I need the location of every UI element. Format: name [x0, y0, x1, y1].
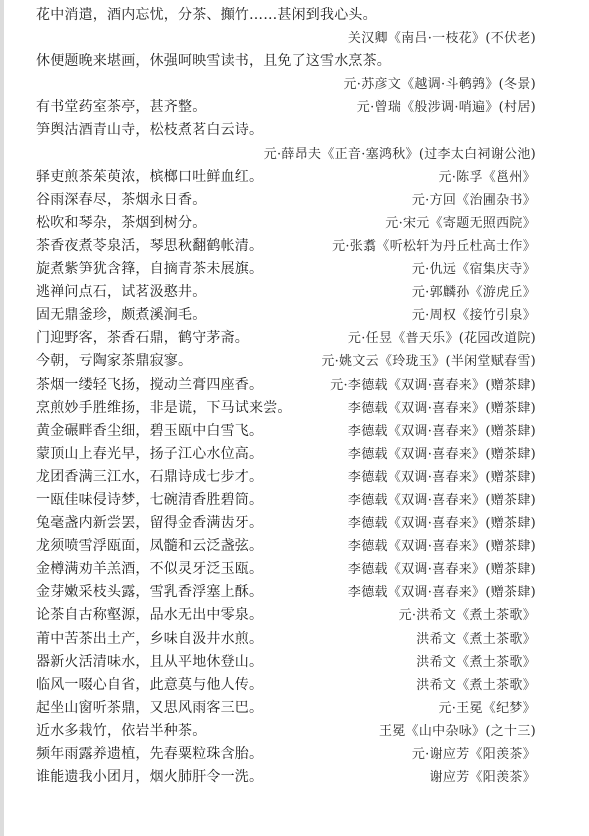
verse-text: 松吹和琴杂，茶烟到树分。 [36, 212, 206, 235]
source-citation: 李德载《双调·喜春来》(赠茶肆) [348, 512, 536, 535]
source-citation: 洪希文《煮土茶歌》 [416, 628, 536, 651]
source-citation: 关汉卿《南吕·一枝花》(不伏老) [348, 27, 536, 50]
text-line: 谁能遗我小团月，烟火肺肝令一洗。谢应芳《阳羡茶》 [36, 766, 536, 789]
verse-text: 兔毫盏内新尝罢，留得金香满齿牙。 [36, 512, 263, 535]
text-line: 驿吏煎茶茱萸浓，槟榔口吐鲜血红。元·陈孚《邕州》 [36, 166, 536, 189]
text-line: 休便题晚来堪画，休强呵映雪读书，且免了这雪水烹茶。 [36, 50, 536, 73]
text-line: 频年雨露养遗植，先春粟粒珠含胎。元·谢应芳《阳羡茶》 [36, 743, 536, 766]
verse-text: 一瓯佳味侵诗梦，七碗清香胜碧筒。 [36, 489, 263, 512]
source-citation: 洪希文《煮土茶歌》 [416, 651, 536, 674]
verse-text: 莆中苦茶出土产，乡味自汲井水煎。 [36, 628, 263, 651]
source-citation: 李德载《双调·喜春来》(赠茶肆) [348, 397, 536, 420]
source-citation: 李德载《双调·喜春来》(赠茶肆) [348, 581, 536, 604]
verse-text: 频年雨露养遗植，先春粟粒珠含胎。 [36, 743, 263, 766]
verse-text: 今朝，亏陶家茶鼎寂寥。 [36, 350, 192, 373]
verse-text: 茶香夜煮苓泉活，琴思秋翻鹤帐清。 [36, 235, 263, 258]
text-line: 固无鼎釜珍，颇煮溪涧毛。元·周权《接竹引泉》 [36, 304, 536, 327]
text-line: 一瓯佳味侵诗梦，七碗清香胜碧筒。李德载《双调·喜春来》(赠茶肆) [36, 489, 536, 512]
source-citation: 李德载《双调·喜春来》(赠茶肆) [348, 466, 536, 489]
verse-text: 笋舆沽酒青山寺，松枝煮茗白云诗。 [36, 119, 263, 142]
source-citation: 李德载《双调·喜春来》(赠茶肆) [348, 535, 536, 558]
text-line: 蒙顶山上春光早，扬子江心水位高。李德载《双调·喜春来》(赠茶肆) [36, 443, 536, 466]
book-page: 花中消遣，酒内忘忧，分茶、攧竹……甚闲到我心头。 关汉卿《南吕·一枝花》(不伏老… [36, 4, 536, 789]
source-citation: 元·王冕《纪梦》 [438, 697, 536, 720]
source-citation: 元·苏彦文《越调·斗鹌鹑》(冬景) [343, 73, 536, 96]
source-citation: 洪希文《煮土茶歌》 [416, 674, 536, 697]
text-line: 器新火活清味水，且从平地休登山。洪希文《煮土茶歌》 [36, 651, 536, 674]
verse-text: 逃禅问点石，试茗汲憨井。 [36, 281, 206, 304]
text-line: 起坐山窗听茶鼎，又思风雨客三巴。元·王冕《纪梦》 [36, 697, 536, 720]
verse-text: 金樽满劝羊羔酒，不似灵牙泛玉瓯。 [36, 558, 263, 581]
source-citation: 李德载《双调·喜春来》(赠茶肆) [348, 443, 536, 466]
verse-text: 论茶自古称壑源，品水无出中零泉。 [36, 604, 263, 627]
verse-text: 驿吏煎茶茱萸浓，槟榔口吐鲜血红。 [36, 166, 263, 189]
source-citation: 元·谢应芳《阳羡茶》 [412, 743, 536, 766]
verse-text: 金芽嫩采枝头露，雪乳香浮塞上酥。 [36, 581, 263, 604]
text-line: 近水多栽竹，依岩半种茶。王冕《山中杂咏》(之十三) [36, 720, 536, 743]
text-line: 临风一啜心自省，此意莫与他人传。洪希文《煮土茶歌》 [36, 674, 536, 697]
verse-text: 固无鼎釜珍，颇煮溪涧毛。 [36, 304, 206, 327]
source-citation: 李德载《双调·喜春来》(赠茶肆) [348, 420, 536, 443]
verse-text: 旋煮紫笋犹含箨，自摘青茶未展旗。 [36, 258, 263, 281]
verse-text: 有书堂药室茶亭，甚齐整。 [36, 96, 206, 119]
text-line: 花中消遣，酒内忘忧，分茶、攧竹……甚闲到我心头。 [36, 4, 536, 27]
source-citation: 元·仇远《宿集庆寺》 [412, 258, 536, 281]
verse-text: 蒙顶山上春光早，扬子江心水位高。 [36, 443, 263, 466]
text-line: 金芽嫩采枝头露，雪乳香浮塞上酥。李德载《双调·喜春来》(赠茶肆) [36, 581, 536, 604]
verse-text: 黄金碾畔香尘细，碧玉瓯中白雪飞。 [36, 420, 263, 443]
verse-text: 器新火活清味水，且从平地休登山。 [36, 651, 263, 674]
text-line: 元·薛昂夫《正音·塞鸿秋》(过李太白祠谢公池) [36, 143, 536, 166]
source-citation: 王冕《山中杂咏》(之十三) [379, 720, 536, 743]
source-citation: 元·任昱《普天乐》(花园改道院) [348, 327, 536, 350]
text-line: 逃禅问点石，试茗汲憨井。元·郭麟孙《游虎丘》 [36, 281, 536, 304]
verse-text: 临风一啜心自省，此意莫与他人传。 [36, 674, 263, 697]
verse-text: 休便题晚来堪画，休强呵映雪读书，且免了这雪水烹茶。 [36, 50, 391, 73]
text-line: 茶烟一缕轻飞扬，搅动兰膏四座香。元·李德载《双调·喜春来》(赠茶肆) [36, 374, 536, 397]
source-citation: 元·周权《接竹引泉》 [412, 304, 536, 327]
source-citation: 元·方回《治圃杂书》 [412, 189, 536, 212]
text-line: 黄金碾畔香尘细，碧玉瓯中白雪飞。李德载《双调·喜春来》(赠茶肆) [36, 420, 536, 443]
text-line: 旋煮紫笋犹含箨，自摘青茶未展旗。元·仇远《宿集庆寺》 [36, 258, 536, 281]
verse-text: 龙团香满三江水，石鼎诗成七步才。 [36, 466, 263, 489]
text-line: 笋舆沽酒青山寺，松枝煮茗白云诗。 [36, 119, 536, 142]
verse-text: 烹煎妙手胜维扬，非是谎，下马试来尝。 [36, 397, 292, 420]
text-line: 关汉卿《南吕·一枝花》(不伏老) [36, 27, 536, 50]
text-line: 今朝，亏陶家茶鼎寂寥。元·姚文云《玲珑玉》(半闲堂赋春雪) [36, 350, 536, 373]
verse-text: 花中消遣，酒内忘忧，分茶、攧竹……甚闲到我心头。 [36, 4, 377, 27]
text-line: 莆中苦茶出土产，乡味自汲井水煎。洪希文《煮土茶歌》 [36, 628, 536, 651]
verse-text: 门迎野客，茶香石鼎，鹤守茅斋。 [36, 327, 249, 350]
verse-text: 龙须喷雪浮瓯面，凤髓和云泛盏弦。 [36, 535, 263, 558]
text-line: 龙须喷雪浮瓯面，凤髓和云泛盏弦。李德载《双调·喜春来》(赠茶肆) [36, 535, 536, 558]
text-line: 烹煎妙手胜维扬，非是谎，下马试来尝。李德载《双调·喜春来》(赠茶肆) [36, 397, 536, 420]
source-citation: 元·宋元《寄题无照西院》 [385, 212, 536, 235]
source-citation: 元·李德载《双调·喜春来》(赠茶肆) [330, 374, 536, 397]
verse-text: 近水多栽竹，依岩半种茶。 [36, 720, 206, 743]
source-citation: 元·薛昂夫《正音·塞鸿秋》(过李太白祠谢公池) [264, 143, 536, 166]
text-line: 门迎野客，茶香石鼎，鹤守茅斋。元·任昱《普天乐》(花园改道院) [36, 327, 536, 350]
source-citation: 李德载《双调·喜春来》(赠茶肆) [348, 489, 536, 512]
verse-text: 茶烟一缕轻飞扬，搅动兰膏四座香。 [36, 374, 263, 397]
text-line: 兔毫盏内新尝罢，留得金香满齿牙。李德载《双调·喜春来》(赠茶肆) [36, 512, 536, 535]
text-line: 金樽满劝羊羔酒，不似灵牙泛玉瓯。李德载《双调·喜春来》(赠茶肆) [36, 558, 536, 581]
text-line: 元·苏彦文《越调·斗鹌鹑》(冬景) [36, 73, 536, 96]
text-line: 谷雨深春尽，茶烟永日香。元·方回《治圃杂书》 [36, 189, 536, 212]
verse-text: 谁能遗我小团月，烟火肺肝令一洗。 [36, 766, 263, 789]
text-line: 有书堂药室茶亭，甚齐整。元·曾瑞《般涉调·哨遍》(村居) [36, 96, 536, 119]
text-line: 松吹和琴杂，茶烟到树分。元·宋元《寄题无照西院》 [36, 212, 536, 235]
source-citation: 元·陈孚《邕州》 [438, 166, 536, 189]
source-citation: 元·曾瑞《般涉调·哨遍》(村居) [357, 96, 536, 119]
source-citation: 元·张翥《听松轩为丹丘杜高士作》 [332, 235, 536, 258]
text-line: 龙团香满三江水，石鼎诗成七步才。李德载《双调·喜春来》(赠茶肆) [36, 466, 536, 489]
source-citation: 李德载《双调·喜春来》(赠茶肆) [348, 558, 536, 581]
source-citation: 元·郭麟孙《游虎丘》 [412, 281, 536, 304]
source-citation: 元·洪希文《煮土茶歌》 [399, 604, 536, 627]
verse-text: 起坐山窗听茶鼎，又思风雨客三巴。 [36, 697, 263, 720]
source-citation: 元·姚文云《玲珑玉》(半闲堂赋春雪) [321, 350, 536, 373]
verse-text: 谷雨深春尽，茶烟永日香。 [36, 189, 206, 212]
text-line: 论茶自古称壑源，品水无出中零泉。元·洪希文《煮土茶歌》 [36, 604, 536, 627]
source-citation: 谢应芳《阳羡茶》 [430, 766, 536, 789]
text-line: 茶香夜煮苓泉活，琴思秋翻鹤帐清。元·张翥《听松轩为丹丘杜高士作》 [36, 235, 536, 258]
page-edge-shadow [0, 0, 4, 836]
